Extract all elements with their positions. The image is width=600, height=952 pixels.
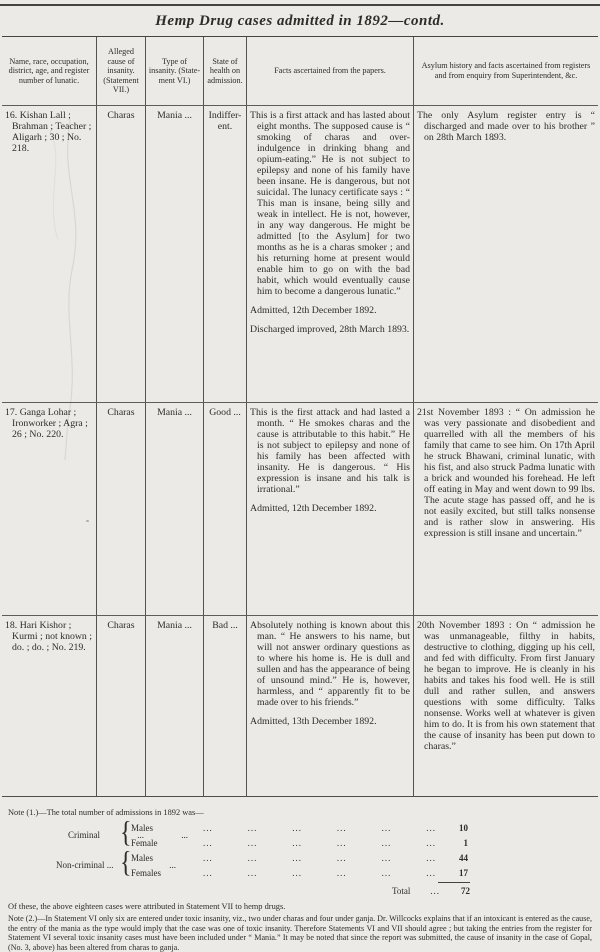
leader-dots: .................. [197, 853, 442, 863]
asylum-paragraph: 20th November 1893 : On “ admission he w… [417, 620, 595, 752]
stat-value: 17 [442, 868, 468, 878]
cell-facts: This is a first attack and has lasted ab… [247, 106, 414, 402]
cell-asylum: 21st November 1893 : “ On admission he w… [414, 403, 598, 615]
total-sum-rule [438, 882, 470, 883]
cell-health: Bad ... [204, 616, 247, 796]
total-row: Total ... 72 [392, 886, 470, 896]
stat-row-criminal-female: Female .................. 1 [131, 838, 468, 848]
cell-asylum: The only Asylum register entry is “ disc… [414, 106, 598, 402]
cell-health: Good ... [204, 403, 247, 615]
stat-value: 10 [442, 823, 468, 833]
cell-name: 18. Hari Kishor ; Kurmi ; not known ; do… [2, 616, 97, 796]
asylum-paragraph: The only Asylum register entry is “ disc… [417, 110, 595, 143]
cell-cause: Charas [97, 403, 146, 615]
admitted-line: Admitted, 13th December 1892. [250, 716, 410, 727]
page-title: Hemp Drug cases admitted in 1892—contd. [0, 13, 600, 30]
scanned-document-page: Hemp Drug cases admitted in 1892—contd. … [0, 0, 600, 952]
leader-dots: .................. [197, 868, 442, 878]
leader-dots: .................. [197, 823, 442, 833]
leader-dots: .................. [197, 838, 442, 848]
cell-health: Indiffer- ent. [204, 106, 247, 402]
header-cause: Alleged cause of insanity. (Statement VI… [97, 37, 146, 105]
facts-paragraph: This is the first attack and had lasted … [250, 407, 410, 495]
stat-value: 44 [442, 853, 468, 863]
discharged-line: Discharged improved, 28th March 1893. [250, 324, 410, 335]
stat-value: 1 [442, 838, 468, 848]
admitted-line: Admitted, 12th December 1892. [250, 305, 410, 316]
page-top-rule [0, 4, 600, 6]
cell-cause: Charas [97, 616, 146, 796]
header-type: Type of insanity. (State- ment VI.) [146, 37, 204, 105]
leader-dots: ... [430, 886, 448, 896]
facts-paragraph: This is a first attack and has lasted ab… [250, 110, 410, 297]
asylum-paragraph: 21st November 1893 : “ On admission he w… [417, 407, 595, 539]
cell-type: Mania ... [146, 106, 204, 402]
cell-asylum: 20th November 1893 : On “ admission he w… [414, 616, 598, 796]
stat-row-non-criminal-males: Males .................. 44 [131, 853, 468, 863]
table-row-case-16: 16. Kishan Lall ; Brahman ; Teacher ; Al… [2, 106, 598, 403]
header-health: State of health on admission. [204, 37, 247, 105]
summary-line: Of these, the above eighteen cases were … [8, 902, 583, 912]
brace-non-criminal: { [120, 847, 132, 881]
admitted-line: Admitted, 12th December 1892. [250, 503, 410, 514]
table-row-case-18: 18. Hari Kishor ; Kurmi ; not known ; do… [2, 616, 598, 796]
header-asylum: Asylum history and facts ascertained fro… [414, 37, 598, 105]
table-header-row: Name, race, occupation, district, age, a… [2, 37, 598, 106]
cell-type: Mania ... [146, 616, 204, 796]
table-row-case-17: 17. Ganga Lohar ; Ironworker ; Agra ; 26… [2, 403, 598, 616]
cell-facts: Absolutely nothing is known about this m… [247, 616, 414, 796]
brace-criminal: { [120, 817, 132, 851]
cell-name: 16. Kishan Lall ; Brahman ; Teacher ; Al… [2, 106, 97, 402]
cell-facts: This is the first attack and had lasted … [247, 403, 414, 615]
case-table: Name, race, occupation, district, age, a… [2, 36, 598, 797]
stat-row-non-criminal-females: Females .................. 17 [131, 868, 468, 878]
note-2-paragraph: Note (2.)—In Statement VI only six are e… [8, 914, 592, 952]
note-1-heading: Note (1.)—The total number of admissions… [8, 808, 568, 818]
header-name: Name, race, occupation, district, age, a… [2, 37, 97, 105]
cell-cause: Charas [97, 106, 146, 402]
header-facts: Facts ascertained from the papers. [247, 37, 414, 105]
cell-name: 17. Ganga Lohar ; Ironworker ; Agra ; 26… [2, 403, 97, 615]
facts-paragraph: Absolutely nothing is known about this m… [250, 620, 410, 708]
total-value: 72 [448, 886, 470, 896]
stat-row-criminal-males: Males .................. 10 [131, 823, 468, 833]
cell-type: Mania ... [146, 403, 204, 615]
